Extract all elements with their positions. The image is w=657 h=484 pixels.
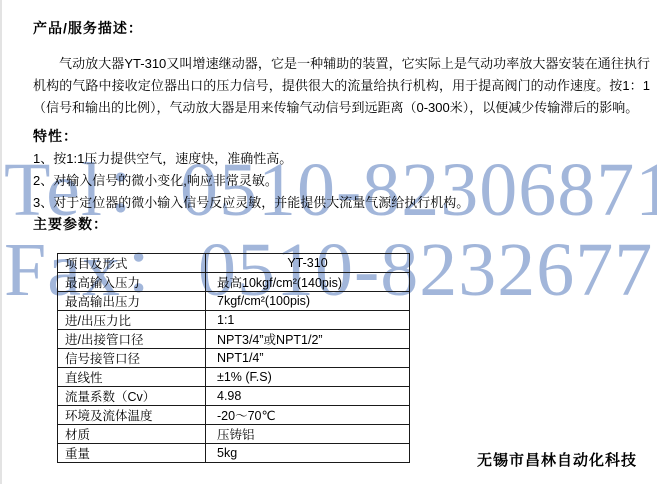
param-label: 进/出压力比 [58,311,206,330]
param-value: 1:1 [206,311,410,330]
param-label: 流量系数（Cv） [58,387,206,406]
param-value: ±1% (F.S) [206,368,410,387]
features-list: 1、按1:1压力提供空气，速度快，准确性高。 2、对输入信号的微小变化,响应非常… [33,148,643,214]
screen-left-edge [0,0,2,484]
description-paragraph: 气动放大器YT-310又叫增速继动器，它是一种辅助的装置，它实际上是气动功率放大… [33,53,650,119]
param-value: 压铸铝 [206,425,410,444]
param-label: 最高输出压力 [58,292,206,311]
param-label: 项目及形式 [58,254,206,273]
table-row: 环境及流体温度 -20～70℃ [58,406,410,425]
table-row: 项目及形式 YT-310 [58,254,410,273]
table-row: 流量系数（Cv） 4.98 [58,387,410,406]
feature-item: 1、按1:1压力提供空气，速度快，准确性高。 [33,148,643,170]
table-row: 最高输入压力 最高10kgf/cm²(140pis) [58,273,410,292]
table-row: 直线性 ±1% (F.S) [58,368,410,387]
param-value: NPT3/4”或NPT1/2” [206,330,410,349]
table-row: 材质 压铸铝 [58,425,410,444]
param-label: 材质 [58,425,206,444]
param-value: NPT1/4” [206,349,410,368]
param-label: 进/出接管口径 [58,330,206,349]
description-heading: 产品/服务描述： [33,18,143,38]
feature-item: 3、对于定位器的微小输入信号反应灵敏，并能提供大流量气源给执行机构。 [33,192,643,214]
param-value: YT-310 [206,254,410,273]
features-heading: 特性： [33,126,78,146]
param-label: 信号接管口径 [58,349,206,368]
feature-item: 2、对输入信号的微小变化,响应非常灵敏。 [33,170,643,192]
parameters-heading: 主要参数： [33,214,108,234]
table-row: 最高输出压力 7kgf/cm²(100pis) [58,292,410,311]
param-label: 环境及流体温度 [58,406,206,425]
table-row: 进/出压力比 1:1 [58,311,410,330]
param-value: 5kg [206,444,410,463]
param-value: 7kgf/cm²(100pis) [206,292,410,311]
param-value: 最高10kgf/cm²(140pis) [206,273,410,292]
param-label: 直线性 [58,368,206,387]
table-row: 重量 5kg [58,444,410,463]
table-row: 进/出接管口径 NPT3/4”或NPT1/2” [58,330,410,349]
param-label: 重量 [58,444,206,463]
param-value: -20～70℃ [206,406,410,425]
parameters-table: 项目及形式 YT-310 最高输入压力 最高10kgf/cm²(140pis) … [57,253,410,463]
company-name: 无锡市昌林自动化科技 [477,449,637,470]
param-label: 最高输入压力 [58,273,206,292]
param-value: 4.98 [206,387,410,406]
table-row: 信号接管口径 NPT1/4” [58,349,410,368]
